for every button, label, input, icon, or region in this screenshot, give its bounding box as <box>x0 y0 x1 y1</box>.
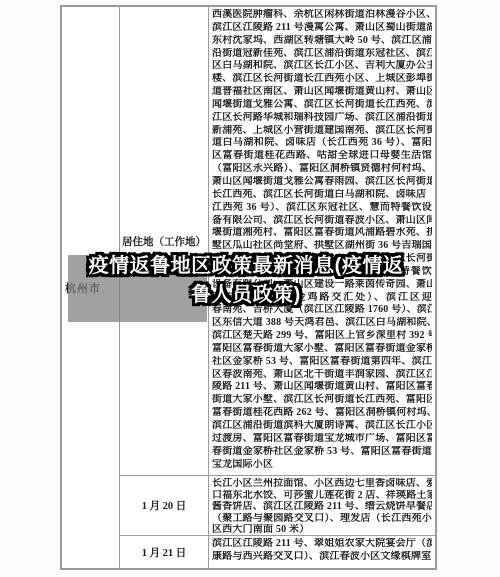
text-line: 区春波南苑、萧山区北干街道丰润家园、滨江区江 <box>212 369 432 382</box>
text-line: 道普福社区南区、萧山区闻堰街道黄山村、萧山区 <box>212 86 432 99</box>
text-line: 道白马湖和院、卤味店（长江西苑 36 号）、富阳 <box>212 137 432 150</box>
text-line: 酱香饼店、滨江区江陵路 211 号、缙云烧饼早餐店 <box>212 501 432 513</box>
text-line: （聚工路与聚园路交叉口）、理发店（长江西苑小 <box>212 513 432 525</box>
text-line: 江西苑 36 号）、滨江区东冠社区、慧而特餐饮设 <box>212 202 432 215</box>
row-label-residence: 居住地（工作地） <box>120 7 209 475</box>
row-content-residence: 西溪医院肿瘤科、余杭区闲林街道泊林漫谷小区、滨江区江陵路 211 号漫寓公寓、萧… <box>209 7 435 475</box>
text-line: 堰街道湘苑村、富阳区富春街道风浦路碧水苑、拱 <box>212 227 432 240</box>
watermark-title: 疫情返鲁地区政策最新消息(疫情返 鲁人员政策) <box>0 252 492 310</box>
text-line: 东村沈家坞、西湖区转塘镇大岭 50 号、滨江区浦 <box>212 35 432 48</box>
text-line: 江区长河路华城和瑞科技园广场、滨江区浦沿街道 <box>212 112 432 125</box>
page: 杭州市 居住地（工作地） 西溪医院肿瘤科、余杭区闲林街道泊林漫谷小区、滨江区江陵… <box>0 0 500 577</box>
text-line: 萧山区闻堰街道戈雅公寓春雨园、滨江区长河街道 <box>212 176 432 189</box>
text-line: 滨江区浦沿街道滨科大厦朗诗寓、滨江区长江小区 <box>212 420 432 433</box>
text-line: （富阳区永兴路）、富阳区洞桥镇贤德村何村坞、 <box>212 163 432 176</box>
text-line: 滨江区江陵路 211 号漫寓公寓、萧山区蜀山街道湖 <box>212 22 432 35</box>
text-line: 宝龙国际小区 <box>212 459 432 472</box>
row-content-jan21: 滨江区江陵路 211 号、翠姐姐农家大院宴会厅（滨康路与西兴路交叉口）、滨江春波… <box>209 536 435 568</box>
text-line: 过渡房、富阳区富春街道宝龙城市广场、富阳区富 <box>212 433 432 446</box>
row-label-jan20: 1 月 20 日 <box>120 476 209 535</box>
text-line: 区白马湖和院、滨江区长江小区、吉利大厦办公主 <box>212 60 432 73</box>
text-line: 区东信大道 388 号天鸿君邑、滨江区白马湖和院、 <box>212 317 432 330</box>
text-line: 楼、滨江区长河街道长江西苑小区、上城区彭埠街 <box>212 73 432 86</box>
text-line: 街道大家小墅、滨江区长河街道长江西苑、富阳区 <box>212 394 432 407</box>
text-line: 新浦苑、上城区小营街道建国南苑、滨江区长河街 <box>212 125 432 138</box>
watermark-title-line1: 疫情返鲁地区政策最新消息(疫情返 <box>0 252 492 281</box>
text-line: 长江小区兰州拉面馆、小区西边七里香卤味店、爱 <box>212 478 432 490</box>
text-line: 陵路 211 号、萧山区闻堰街道黄山村、富阳区富春 <box>212 381 432 394</box>
table-row: 1 月 20 日 长江小区兰州拉面馆、小区西边七里香卤味店、爱口福东北水饺、可莎… <box>120 476 435 536</box>
table-row: 1 月 21 日 滨江区江陵路 211 号、翠姐姐农家大院宴会厅（滨康路与西兴路… <box>120 536 435 568</box>
text-line: 春街道金家桥社区金家桥 53 号、富阳区富春街道 <box>212 446 432 459</box>
text-line: 长江西苑、滨江区长河街道白马湖和院、卤味店（长 <box>212 189 432 202</box>
watermark-title-line2: 鲁人员政策) <box>0 281 492 310</box>
text-line: 社区金家桥 53 号、富阳区富春街道第四年、滨江 <box>212 356 432 369</box>
table-row: 居住地（工作地） 西溪医院肿瘤科、余杭区闲林街道泊林漫谷小区、滨江区江陵路 21… <box>120 7 435 476</box>
text-line: 沿街道冠新佳苑、滨江区浦沿街道东冠社区、滨江 <box>212 48 432 61</box>
row-content-jan20: 长江小区兰州拉面馆、小区西边七里香卤味店、爱口福东北水饺、可莎蜜儿莲花街 2 店… <box>209 476 435 535</box>
text-line: 口福东北水饺、可莎蜜儿莲花街 2 店、祥瑛路土家 <box>212 490 432 502</box>
row-label-jan21: 1 月 21 日 <box>120 536 209 568</box>
text-line: 康路与西兴路交叉口）、滨江春波小区文缘棋牌室 <box>212 551 432 564</box>
text-line: 富阳区富春街道大家小墅、富阳区富春街道金家桥 <box>212 343 432 356</box>
text-line: 滨江区江陵路 211 号、翠姐姐农家大院宴会厅（滨 <box>212 538 432 551</box>
text-line: 滨江区楚天路 299 号、富阳区上官乡深里村 392 号、 <box>212 330 432 343</box>
text-line: 区富春街道桂花西路、咕甜全球进口母婴生活馆 <box>212 150 432 163</box>
text-line: 区西大门南面 50 米） <box>212 524 432 535</box>
text-line: 备有限公司、滨江区长河街道春波小区、萧山区闻 <box>212 215 432 228</box>
text-line: 闻堰街道戈雅公寓、滨江区长河街道长江西苑、滨 <box>212 99 432 112</box>
text-line: 富春街道桂花西路 262 号、富阳区洞桥镇何村坞、 <box>212 407 432 420</box>
text-line: 西溪医院肿瘤科、余杭区闲林街道泊林漫谷小区、 <box>212 9 432 22</box>
